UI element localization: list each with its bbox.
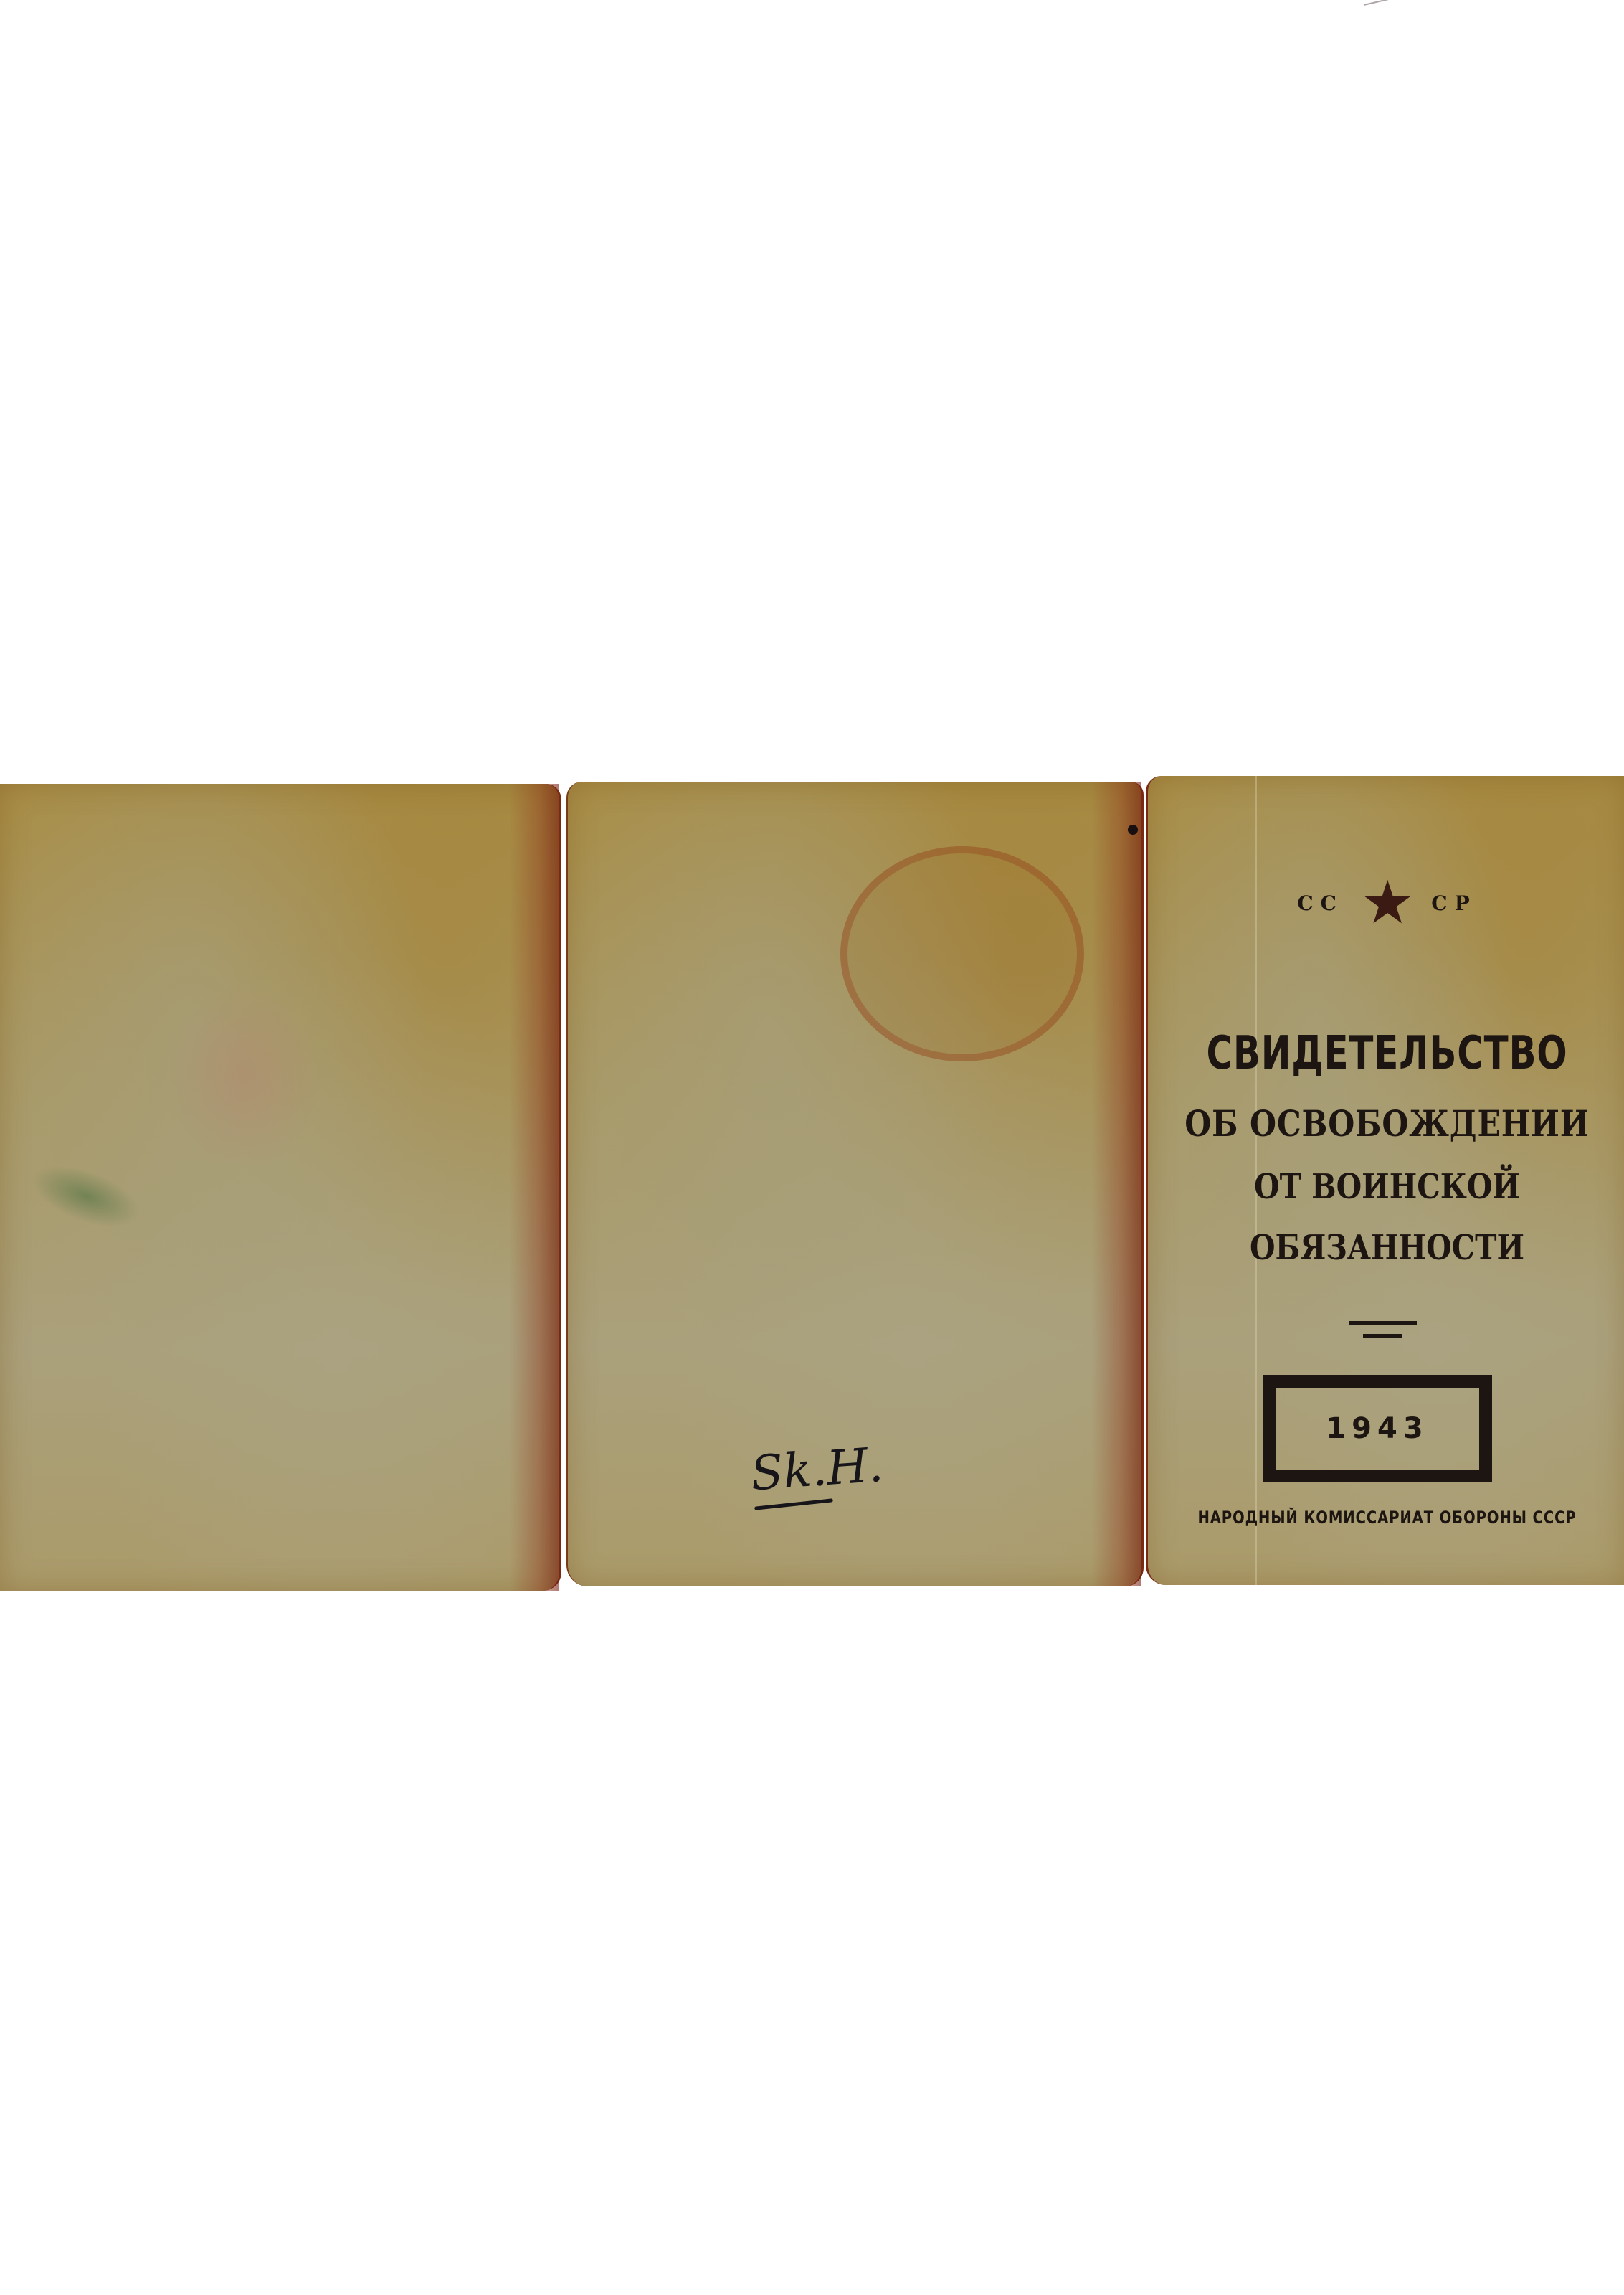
emblem-right-text: СР — [1431, 891, 1476, 915]
edge-stain — [509, 784, 559, 1591]
title-line-3: ОТ ВОИНСКОЙ — [1184, 1167, 1590, 1207]
title-line-2: ОБ ОСВОБОЖДЕНИИ — [1172, 1102, 1602, 1145]
green-stain — [24, 1153, 148, 1240]
front-cover-panel: СС ★ СР СВИДЕТЕЛЬСТВО ОБ ОСВОБОЖДЕНИИ ОТ… — [1146, 776, 1624, 1585]
inner-flap-panel: Sk.H. — [566, 782, 1144, 1586]
pink-stain — [165, 985, 323, 1171]
issuer-text: НАРОДНЫЙ КОМИССАРИАТ ОБОРОНЫ СССР — [1197, 1508, 1577, 1528]
divider-rule — [1349, 1321, 1417, 1325]
back-cover-panel — [0, 784, 561, 1591]
red-star-icon: ★ — [1364, 876, 1411, 929]
water-stain — [840, 846, 1084, 1061]
title-line-1: СВИДЕТЕЛЬСТВО — [1200, 1027, 1573, 1080]
punch-hole — [1128, 825, 1138, 835]
ussr-emblem: СС ★ СР — [1148, 876, 1624, 929]
divider-rule — [1363, 1334, 1402, 1338]
handwritten-signature: Sk.H. — [749, 1437, 885, 1502]
cover-print: СС ★ СР СВИДЕТЕЛЬСТВО ОБ ОСВОБОЖДЕНИИ ОТ… — [1148, 776, 1624, 1585]
year-text: 1943 — [1326, 1412, 1428, 1445]
scan-scratch-mark — [1364, 0, 1403, 6]
edge-stain — [1091, 782, 1141, 1586]
emblem-left-text: СС — [1297, 891, 1344, 915]
title-line-4: ОБЯЗАННОСТИ — [1184, 1228, 1590, 1268]
year-box: 1943 — [1263, 1375, 1492, 1482]
